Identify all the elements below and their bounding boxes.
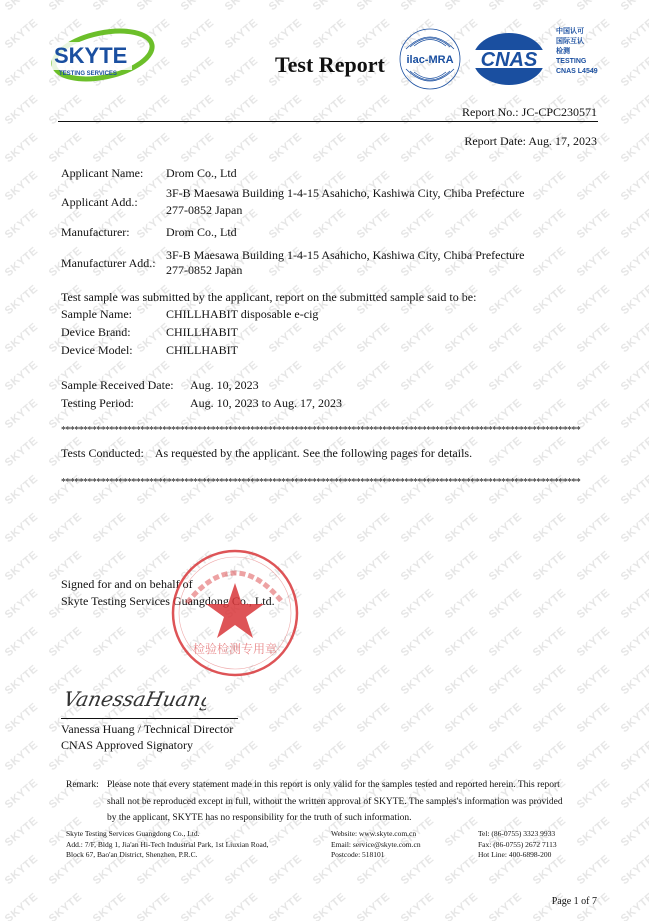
manufacturer-name-label: Manufacturer: bbox=[61, 225, 130, 240]
applicant-address-line1: 3F-B Maesawa Building 1-4-15 Asahicho, K… bbox=[166, 186, 525, 201]
separator-stars-top: ****************************************… bbox=[61, 425, 596, 436]
footer-line: Block 67, Bao'an District, Shenzhen, P.R… bbox=[66, 850, 269, 861]
report-number: Report No.: JC-CPC230571 bbox=[462, 105, 597, 120]
cnas-line: 国际互认 bbox=[556, 37, 598, 47]
device-model-label: Device Model: bbox=[61, 343, 133, 358]
remark-line: by the applicant, SKYTE has no responsib… bbox=[107, 810, 607, 827]
skyte-logo: SKYTE TESTING SERVICES bbox=[48, 22, 158, 92]
manufacturer-address-label: Manufacturer Add.: bbox=[61, 256, 156, 271]
page-number: Page 1 of 7 bbox=[552, 896, 597, 907]
sample-name-label: Sample Name: bbox=[61, 307, 132, 322]
remark-label: Remark: bbox=[66, 777, 99, 794]
applicant-address-label: Applicant Add.: bbox=[61, 195, 138, 210]
footer-company-address: Skyte Testing Services Guangdong Co., Lt… bbox=[66, 829, 269, 861]
svg-text:VanessaHuang: VanessaHuang bbox=[66, 687, 206, 711]
cnas-line: 检测 bbox=[556, 47, 598, 57]
remark-line: shall not be reproduced except in full, … bbox=[107, 794, 607, 811]
svg-text:ilac-MRA: ilac-MRA bbox=[406, 54, 453, 66]
sample-name-value: CHILLHABIT disposable e-cig bbox=[166, 307, 318, 322]
footer-tel: Tel: (86-0755) 3323 9933 bbox=[478, 829, 557, 840]
device-brand-label: Device Brand: bbox=[61, 325, 131, 340]
cnas-logo: CNAS bbox=[470, 30, 548, 88]
remark-text: Please note that every statement made in… bbox=[107, 777, 607, 827]
sample-received-value: Aug. 10, 2023 bbox=[190, 378, 259, 393]
testing-period-value: Aug. 10, 2023 to Aug. 17, 2023 bbox=[190, 396, 342, 411]
cnas-line: CNAS L4549 bbox=[556, 67, 598, 77]
footer-line: Skyte Testing Services Guangdong Co., Lt… bbox=[66, 829, 269, 840]
tests-conducted-value: As requested by the applicant. See the f… bbox=[155, 446, 472, 460]
svg-text:CNAS: CNAS bbox=[481, 49, 538, 71]
sample-received-label: Sample Received Date: bbox=[61, 378, 174, 393]
svg-text:检验检测专用章: 检验检测专用章 bbox=[193, 641, 277, 656]
footer-web-contact: Website: www.skyte.com.cn Email: service… bbox=[331, 829, 421, 861]
tests-conducted-label: Tests Conducted: bbox=[61, 446, 144, 460]
document-title: Test Report bbox=[275, 52, 385, 78]
company-seal-stamp: 检验检测专用章 bbox=[165, 548, 305, 678]
applicant-name-value: Drom Co., Ltd bbox=[166, 166, 237, 181]
separator-stars-bottom: ****************************************… bbox=[61, 477, 596, 488]
signature-line bbox=[61, 718, 238, 719]
device-brand-value: CHILLHABIT bbox=[166, 325, 238, 340]
footer-postcode: Postcode: 518101 bbox=[331, 850, 421, 861]
sample-intro: Test sample was submitted by the applica… bbox=[61, 290, 476, 305]
cnas-line: TESTING bbox=[556, 57, 598, 67]
remark-line: Please note that every statement made in… bbox=[107, 777, 607, 794]
tests-conducted-row: Tests Conducted: As requested by the app… bbox=[61, 446, 472, 461]
footer-fax: Fax: (86-0755) 2672 7113 bbox=[478, 840, 557, 851]
ilac-mra-logo: ilac-MRA bbox=[398, 27, 462, 91]
svg-text:TESTING SERVICES: TESTING SERVICES bbox=[59, 71, 117, 77]
cnas-accreditation-text: 中国认可 国际互认 检测 TESTING CNAS L4549 bbox=[556, 27, 598, 77]
manufacturer-address-line2: 277-0852 Japan bbox=[166, 263, 242, 278]
svg-text:SKYTE: SKYTE bbox=[54, 43, 127, 68]
signer-role: CNAS Approved Signatory bbox=[61, 738, 193, 753]
footer-phone-contact: Tel: (86-0755) 3323 9933 Fax: (86-0755) … bbox=[478, 829, 557, 861]
cnas-line: 中国认可 bbox=[556, 27, 598, 37]
footer-email[interactable]: Email: service@skyte.com.cn bbox=[331, 840, 421, 851]
footer-hotline: Hot Line: 400-6898-200 bbox=[478, 850, 557, 861]
signer-name-title: Vanessa Huang / Technical Director bbox=[61, 722, 233, 737]
testing-period-label: Testing Period: bbox=[61, 396, 134, 411]
header-divider bbox=[58, 121, 598, 122]
device-model-value: CHILLHABIT bbox=[166, 343, 238, 358]
manufacturer-address-line1: 3F-B Maesawa Building 1-4-15 Asahicho, K… bbox=[166, 248, 525, 263]
footer-website[interactable]: Website: www.skyte.com.cn bbox=[331, 829, 421, 840]
report-date: Report Date: Aug. 17, 2023 bbox=[464, 134, 597, 149]
footer-line: Add.: 7/F, Bldg 1, Jia'an Hi-Tech Indust… bbox=[66, 840, 269, 851]
manufacturer-name-value: Drom Co., Ltd bbox=[166, 225, 237, 240]
applicant-name-label: Applicant Name: bbox=[61, 166, 143, 181]
handwritten-signature: VanessaHuang bbox=[66, 680, 206, 716]
applicant-address-line2: 277-0852 Japan bbox=[166, 203, 242, 218]
